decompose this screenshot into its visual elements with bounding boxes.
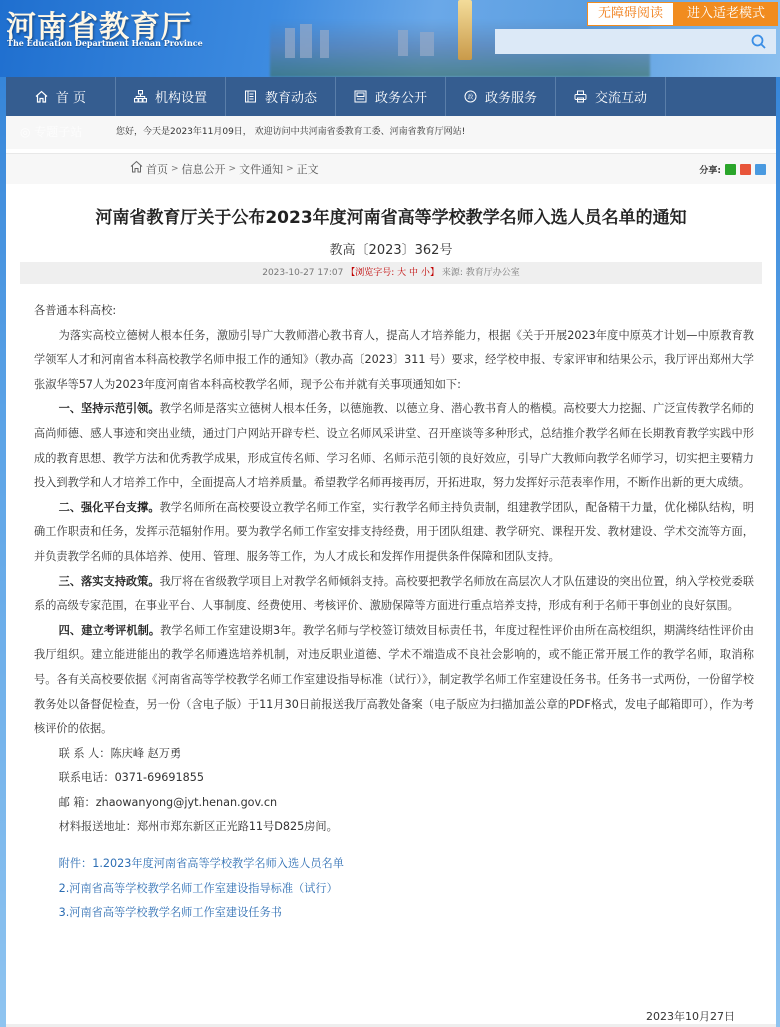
board-icon <box>354 90 367 103</box>
contact-email: 邮 箱：zhaowanyong@jyt.henan.gov.cn <box>34 791 754 816</box>
breadcrumb-home[interactable]: 首页 <box>146 154 168 185</box>
welcome-greeting: 您好，今天是2023年11月09日， 欢迎访问中共河南省委教育工委、河南省教育厅… <box>116 116 465 149</box>
attachment-line: 2.河南省高等学校教学名师工作室建设指导标准（试行） <box>34 877 754 902</box>
section-paragraph: 二、强化平台支撑。教学名师所在高校要设立教学名师工作室，实行教学名师主持负责制，… <box>34 496 754 570</box>
attachment-line: 3.河南省高等学校教学名师工作室建设任务书 <box>34 901 754 926</box>
nav-item-label: 首 页 <box>56 87 86 106</box>
section-heading: 三、落实支持政策。 <box>59 575 160 588</box>
nav-item-government-services[interactable]: 政 政务服务 <box>446 77 556 116</box>
wechat-share-icon[interactable] <box>725 164 736 175</box>
share-bar: 分享: <box>699 154 766 185</box>
nav-item-organization[interactable]: 机构设置 <box>116 77 226 116</box>
contact-address: 材料报送地址：郑州市郑东新区正光路11号D825房间。 <box>34 815 754 840</box>
building-decoration <box>285 28 295 58</box>
main-nav: 首 页 机构设置 教育动态 政务公开 政 政务服务 交流互动 <box>6 77 776 116</box>
site-header: 河南省教育厅 The Education Department Henan Pr… <box>0 0 780 77</box>
nav-item-label: 机构设置 <box>155 87 207 106</box>
font-medium-button[interactable]: 中 <box>409 268 418 278</box>
nav-item-home[interactable]: 首 页 <box>6 77 116 116</box>
org-chart-icon <box>134 90 147 103</box>
attachment-link-1[interactable]: 1.2023年度河南省高等学校教学名师入选人员名单 <box>92 857 344 870</box>
signature-date: 2023年10月27日 <box>646 1008 735 1024</box>
search-input[interactable] <box>495 29 740 54</box>
home-icon <box>35 90 48 103</box>
section-paragraph: 三、落实支持政策。我厅将在省级教学项目上对教学名师倾斜支持。高校要把教学名师放在… <box>34 570 754 619</box>
document-icon <box>244 90 257 103</box>
source-value: 教育厅办公室 <box>466 268 520 278</box>
special-sites-icon: ◎ <box>20 125 34 139</box>
qq-share-icon[interactable] <box>755 164 766 175</box>
nav-item-label: 政务公开 <box>375 87 427 106</box>
section-heading: 四、建立考评机制。 <box>59 624 161 637</box>
attachment-link-2[interactable]: 2.河南省高等学校教学名师工作室建设指导标准（试行） <box>59 882 338 895</box>
printer-icon <box>574 90 587 103</box>
weibo-share-icon[interactable] <box>740 164 751 175</box>
font-size-control: 【浏览字号: 大 中 小】 <box>346 268 442 278</box>
building-decoration <box>300 24 312 58</box>
building-decoration <box>398 30 408 56</box>
nav-filler <box>666 77 776 116</box>
spacer <box>34 840 754 852</box>
attachment-label: 附件： <box>59 857 93 870</box>
breadcrumb: 首页 > 信息公开 > 文件通知 > 正文 <box>130 154 319 185</box>
nav-item-government-affairs[interactable]: 政务公开 <box>336 77 446 116</box>
breadcrumb-separator: > <box>171 154 179 185</box>
elder-mode-button[interactable]: 进入适老模式 <box>674 2 778 26</box>
nav-item-label: 交流互动 <box>595 87 647 106</box>
contact-phone: 联系电话：0371-69691855 <box>34 766 754 791</box>
attachment-line: 附件：1.2023年度河南省高等学校教学名师入选人员名单 <box>34 852 754 877</box>
publish-datetime: 2023-10-27 17:07 <box>262 268 343 278</box>
section-paragraph: 四、建立考评机制。教学名师工作室建设期3年。教学名师与学校签订绩效目标责任书，年… <box>34 619 754 742</box>
main-content: 首页 > 信息公开 > 文件通知 > 正文 分享: 河南省教育厅关于公布2023… <box>6 149 776 1027</box>
nav-item-label: 政务服务 <box>485 87 537 106</box>
breadcrumb-bar: 首页 > 信息公开 > 文件通知 > 正文 分享: <box>6 153 776 184</box>
font-small-button[interactable]: 小 <box>421 268 430 278</box>
breadcrumb-info-public[interactable]: 信息公开 <box>182 154 226 185</box>
document-number: 教高〔2023〕362号 <box>6 239 776 258</box>
gov-badge-icon: 政 <box>464 90 477 103</box>
building-decoration <box>420 32 434 56</box>
section-heading: 一、坚持示范引领。 <box>59 402 160 415</box>
welcome-bar: ◎ 专题子站 您好，今天是2023年11月09日， 欢迎访问中共河南省委教育工委… <box>6 116 776 149</box>
section-heading: 二、强化平台支撑。 <box>59 501 160 514</box>
breadcrumb-file-notice[interactable]: 文件通知 <box>239 154 283 185</box>
site-logo-en: The Education Department Henan Province <box>7 38 203 48</box>
breadcrumb-separator: > <box>286 154 294 185</box>
home-icon <box>130 154 143 185</box>
building-decoration <box>320 30 329 58</box>
breadcrumb-current: 正文 <box>297 154 319 185</box>
article-body: 各普通本科高校: 为落实高校立德树人根本任务，激励引导广大教师潜心教书育人，提高… <box>34 299 754 926</box>
article-meta: 2023-10-27 17:07 【浏览字号: 大 中 小】 来源: 教育厅办公… <box>20 262 762 284</box>
section-paragraph: 一、坚持示范引领。教学名师是落实立德树人根本任务，以德施教、以德立身、潜心教书育… <box>34 397 754 495</box>
nav-item-education-news[interactable]: 教育动态 <box>226 77 336 116</box>
tower-decoration <box>458 0 472 60</box>
svg-text:政: 政 <box>467 93 473 101</box>
article-title: 河南省教育厅关于公布2023年度河南省高等学校教学名师入选人员名单的通知 <box>6 203 776 228</box>
intro-paragraph: 为落实高校立德树人根本任务，激励引导广大教师潜心教书育人，提高人才培养能力，根据… <box>34 324 754 398</box>
special-sites-link[interactable]: ◎ 专题子站 <box>20 116 82 149</box>
search-box <box>495 29 776 54</box>
breadcrumb-separator: > <box>229 154 237 185</box>
source-label: 来源: <box>442 268 463 278</box>
nav-item-label: 教育动态 <box>265 87 317 106</box>
share-label: 分享: <box>699 163 721 176</box>
search-icon[interactable] <box>751 34 766 49</box>
font-large-button[interactable]: 大 <box>397 268 406 278</box>
contact-person: 联 系 人：陈庆峰 赵万勇 <box>34 742 754 767</box>
accessible-reading-button[interactable]: 无障碍阅读 <box>587 2 674 26</box>
nav-item-interaction[interactable]: 交流互动 <box>556 77 666 116</box>
attachment-link-3[interactable]: 3.河南省高等学校教学名师工作室建设任务书 <box>59 906 282 919</box>
salutation: 各普通本科高校: <box>34 299 754 324</box>
